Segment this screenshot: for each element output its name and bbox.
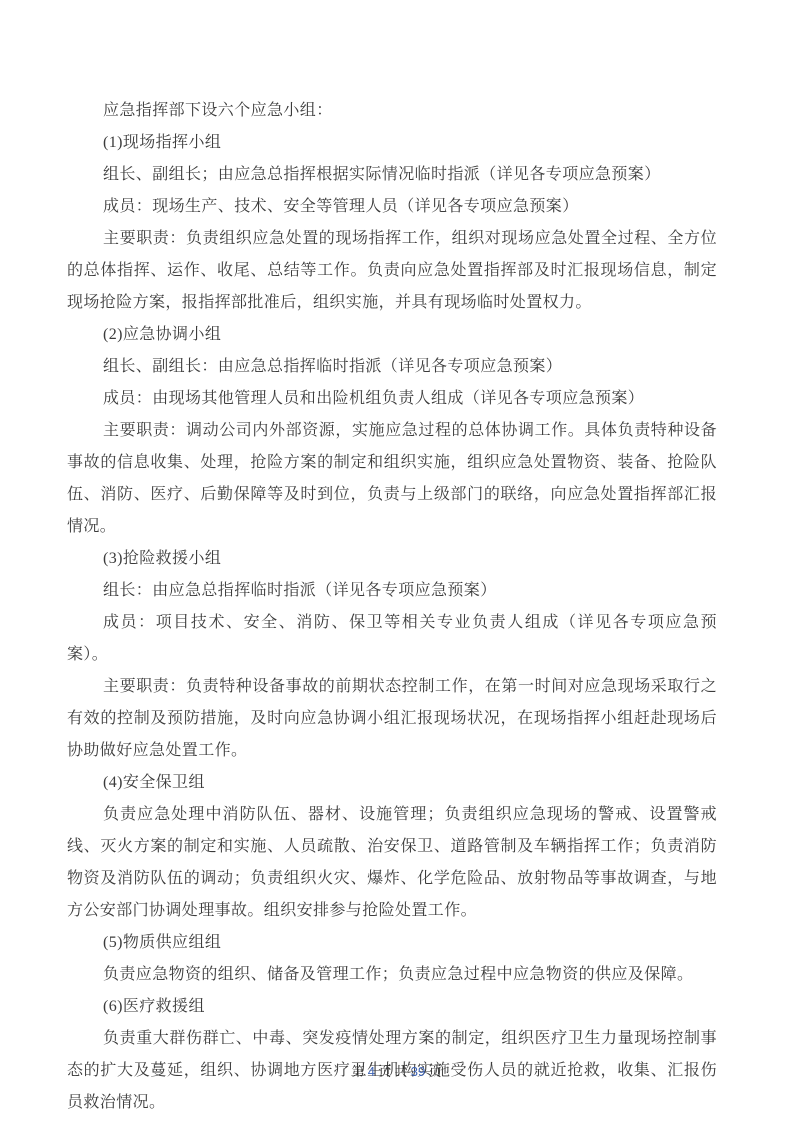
group-4-title: (4)安全保卫组 bbox=[67, 767, 717, 799]
footer-prefix: 第 bbox=[352, 1064, 368, 1079]
group-3-members-line: 成员：项目技术、安全、消防、保卫等相关专业负责人组成（详见各专项应急预案）。 bbox=[67, 607, 717, 671]
group-3-duties: 主要职责：负责特种设备事故的前期状态控制工作，在第一时间对应急现场采取行之有效的… bbox=[67, 671, 717, 767]
group-2-duties: 主要职责：调动公司内外部资源，实施应急过程的总体协调工作。具体负责特种设备事故的… bbox=[67, 415, 717, 543]
group-3-leader-line: 组长：由应急总指挥临时指派（详见各专项应急预案） bbox=[67, 575, 717, 607]
group-1-members-line: 成员：现场生产、技术、安全等管理人员（详见各专项应急预案） bbox=[67, 191, 717, 223]
intro-paragraph: 应急指挥部下设六个应急小组： bbox=[67, 95, 717, 127]
total-pages: 39 bbox=[411, 1064, 425, 1079]
document-body: 应急指挥部下设六个应急小组： (1)现场指挥小组 组长、副组长；由应急总指挥根据… bbox=[67, 95, 717, 1119]
group-2-members-line: 成员：由现场其他管理人员和出险机组负责人组成（详见各专项应急预案） bbox=[67, 383, 717, 415]
page-number: 4 bbox=[368, 1064, 375, 1079]
group-5-duties: 负责应急物资的组织、储备及管理工作；负责应急过程中应急物资的供应及保障。 bbox=[67, 959, 717, 991]
footer-suffix: 页 bbox=[425, 1064, 441, 1079]
group-5-title: (5)物质供应组组 bbox=[67, 927, 717, 959]
page-footer: 第 4 页 共 39 页 bbox=[0, 1062, 793, 1082]
group-6-title: (6)医疗救援组 bbox=[67, 991, 717, 1023]
group-1-title: (1)现场指挥小组 bbox=[67, 127, 717, 159]
group-3-title: (3)抢险救援小组 bbox=[67, 543, 717, 575]
group-1-duties: 主要职责：负责组织应急处置的现场指挥工作，组织对现场应急处置全过程、全方位的总体… bbox=[67, 223, 717, 319]
document-page: 应急指挥部下设六个应急小组： (1)现场指挥小组 组长、副组长；由应急总指挥根据… bbox=[0, 0, 793, 1122]
group-2-leader-line: 组长、副组长：由应急总指挥临时指派（详见各专项应急预案） bbox=[67, 351, 717, 383]
group-1-leader-line: 组长、副组长；由应急总指挥根据实际情况临时指派（详见各专项应急预案） bbox=[67, 159, 717, 191]
group-2-title: (2)应急协调小组 bbox=[67, 319, 717, 351]
group-4-duties: 负责应急处理中消防队伍、器材、设施管理；负责组织应急现场的警戒、设置警戒线、灭火… bbox=[67, 799, 717, 927]
footer-middle: 页 共 bbox=[375, 1064, 411, 1079]
